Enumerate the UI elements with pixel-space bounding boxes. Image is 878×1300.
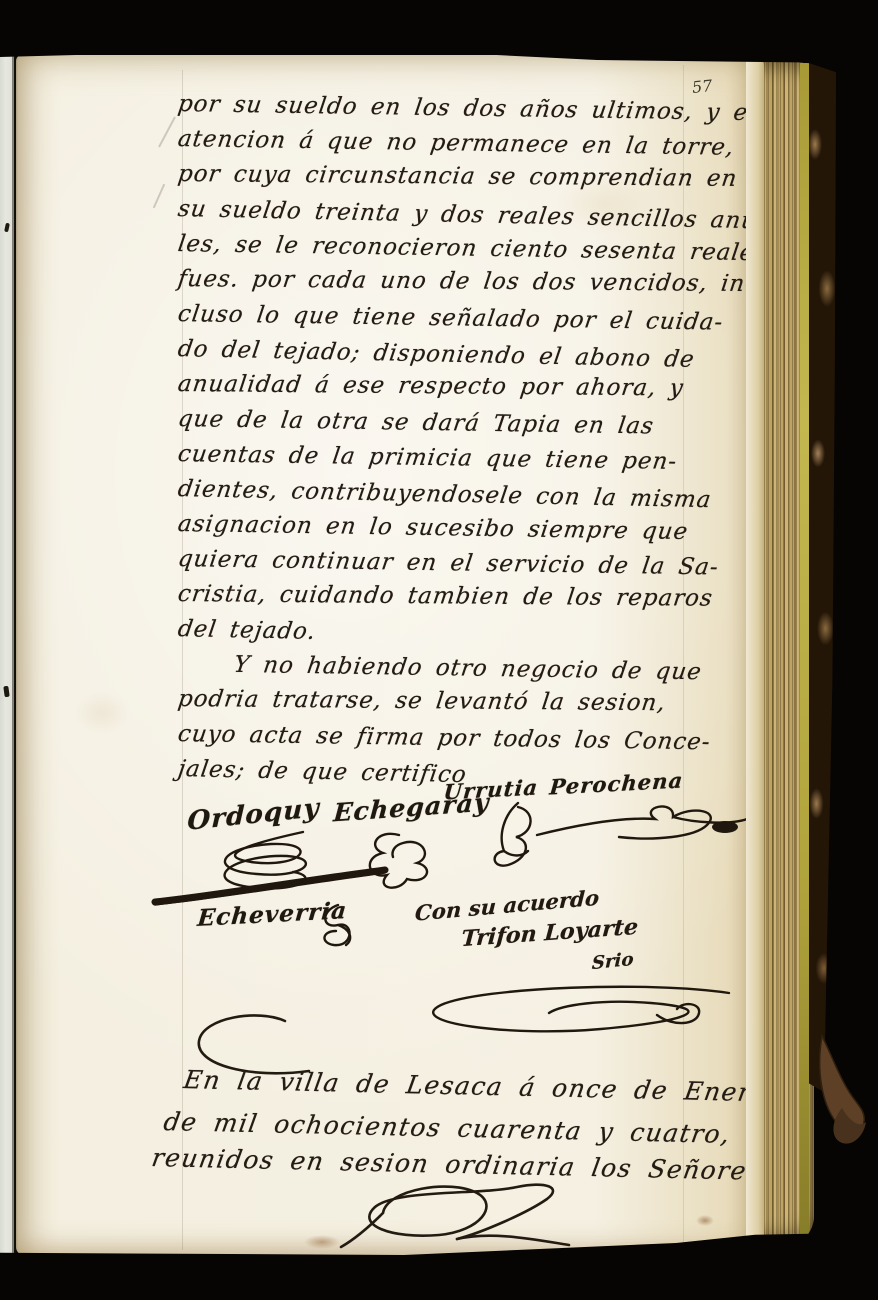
bookmark-ribbon bbox=[814, 1034, 872, 1152]
signature-urrutia: Urrutia bbox=[444, 777, 538, 802]
signature-rubric-flourish bbox=[153, 826, 388, 908]
handwritten-line: de mil ochocientos cuarenta y cuatro, bbox=[162, 1107, 733, 1149]
signature-rubric-flourish bbox=[535, 797, 750, 849]
handwritten-line: por cuya circunstancia se comprendian en bbox=[176, 157, 764, 197]
signature-echeverria: Echeverria bbox=[198, 901, 347, 928]
signature-ordoquy: Ordoquy bbox=[188, 800, 319, 830]
foxing-spot bbox=[696, 1215, 714, 1226]
signature-rubric-flourish bbox=[359, 829, 439, 893]
handwritten-line: cristia, cuidando tambien de los reparos bbox=[176, 577, 764, 617]
gutter-shadow bbox=[12, 50, 18, 1258]
marbled-cover-edge bbox=[806, 62, 836, 1092]
manuscript-body: por su sueldo en los dos años ultimos, y… bbox=[178, 87, 762, 787]
ink-bleed-mark bbox=[158, 117, 176, 148]
signature-name: Perochena bbox=[549, 768, 685, 800]
secretary-rubric-flourish bbox=[411, 979, 741, 1041]
closing-pen-flourish bbox=[331, 1173, 576, 1249]
signature-rubric-flourish bbox=[310, 901, 366, 957]
fore-edge-stripe bbox=[800, 63, 809, 1239]
signature-name: Urrutia bbox=[443, 775, 540, 805]
handwritten-line: anualidad á ese respecto por ahora, y bbox=[176, 367, 764, 407]
ink-bleed-mark bbox=[153, 184, 165, 209]
secretary-title: Srio bbox=[591, 949, 633, 974]
book-photograph: 57 por su sueldo en los dos años ultimos… bbox=[0, 0, 878, 1300]
secretary-signature: Trifon Loyarte bbox=[460, 914, 639, 952]
page-curl-edge bbox=[746, 56, 764, 1250]
handwritten-line: podria tratarse, se levantó la sesion, bbox=[176, 682, 764, 722]
signature-perochena: Perochena bbox=[550, 771, 683, 796]
handwritten-line: fues. por cada uno de los dos vencidos, … bbox=[176, 262, 764, 302]
secretary-attestation: Con su acuerdo Trifon Loyarte Srio bbox=[416, 891, 637, 946]
manuscript-page: 57 por su sueldo en los dos años ultimos… bbox=[16, 55, 756, 1255]
paper-stain bbox=[74, 691, 130, 735]
